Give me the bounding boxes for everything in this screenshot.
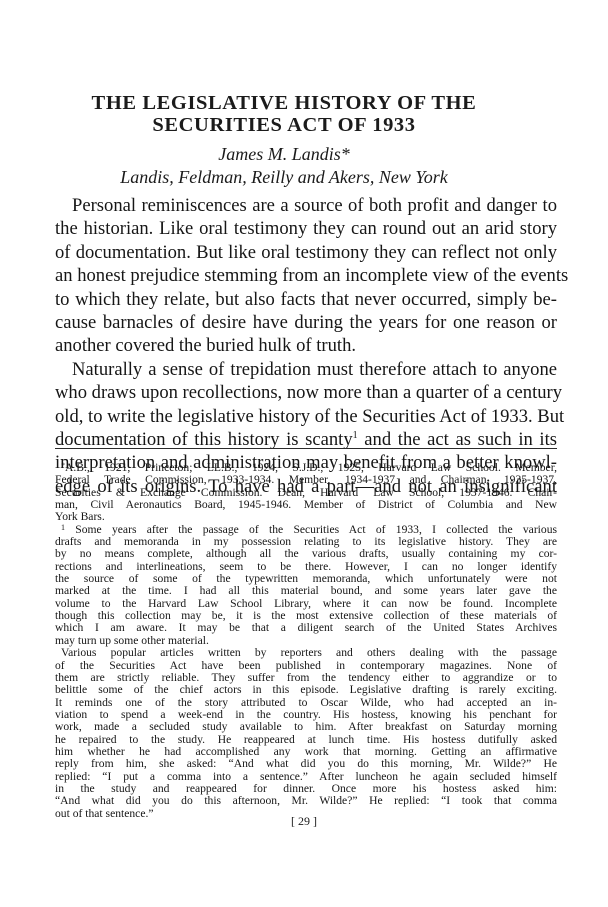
author-affiliation: Landis, Feldman, Reilly and Akers, New Y… (56, 166, 512, 189)
footnote-line: Various popular articles written by repo… (55, 647, 557, 659)
body-line: old, to write the legislative history of… (55, 405, 557, 428)
body-text-segment: and the act as such in its (358, 429, 557, 450)
title-line: THE LEGISLATIVE HISTORY OF THE (56, 92, 512, 114)
footnote-divider (55, 448, 557, 449)
footnote-line: marked at the time. I had all this mater… (55, 585, 557, 597)
body-line: who draws upon recollections, now more t… (55, 381, 557, 404)
document-page: THE LEGISLATIVE HISTORY OF THE SECURITIE… (0, 0, 608, 907)
footnote-line: “And what did you do this afternoon, Mr.… (55, 795, 557, 807)
footnote-line: work, made a secluded study available to… (55, 721, 557, 733)
body-line: Naturally a sense of trepidation must th… (55, 358, 557, 381)
author-block: James M. Landis* Landis, Feldman, Reilly… (56, 143, 512, 189)
article-title: THE LEGISLATIVE HISTORY OF THE SECURITIE… (56, 92, 512, 136)
footnote-line: belittle some of the chief actors in thi… (55, 684, 557, 696)
body-text: Personal reminiscences are a source of b… (55, 194, 557, 498)
body-line: an honest prejudice stemming from an inc… (55, 264, 557, 287)
body-line: to which they relate, but also facts tha… (55, 288, 557, 311)
footnote-line: reply from him, she asked: “And what did… (55, 758, 557, 770)
body-line: the historian. Like oral testimony they … (55, 217, 557, 240)
body-line: cause barnacles of desire have during th… (55, 311, 557, 334)
body-line: another covered the buried hulk of truth… (55, 334, 557, 357)
body-line: of documentation. But like oral testimon… (55, 241, 557, 264)
title-line: SECURITIES ACT OF 1933 (56, 114, 512, 136)
footnote-text: A.B., 1921, Princeton; LL.B., 1924, S.J.… (65, 461, 557, 474)
footnote-line: of the Securities Act have been publishe… (55, 660, 557, 672)
page-number: [ 29 ] (0, 814, 608, 829)
body-text-segment: documentation of this history is scanty (55, 429, 353, 450)
footnote-line: by no means complete, although all the v… (55, 548, 557, 560)
author-name: James M. Landis* (56, 143, 512, 166)
footnote-line: Federal Trade Commission, 1933-1934. Mem… (55, 474, 557, 486)
footnote-line: man, Civil Aeronautics Board, 1945-1946.… (55, 499, 557, 511)
footnotes: *A.B., 1921, Princeton; LL.B., 1924, S.J… (55, 462, 557, 820)
footnote-marker-1: 1 (61, 523, 65, 532)
body-line: Personal reminiscences are a source of b… (55, 194, 557, 217)
footnote-text: Some years after the passage of the Secu… (75, 523, 557, 536)
footnote-line: which I am aware. It may be that a dilig… (55, 622, 557, 634)
